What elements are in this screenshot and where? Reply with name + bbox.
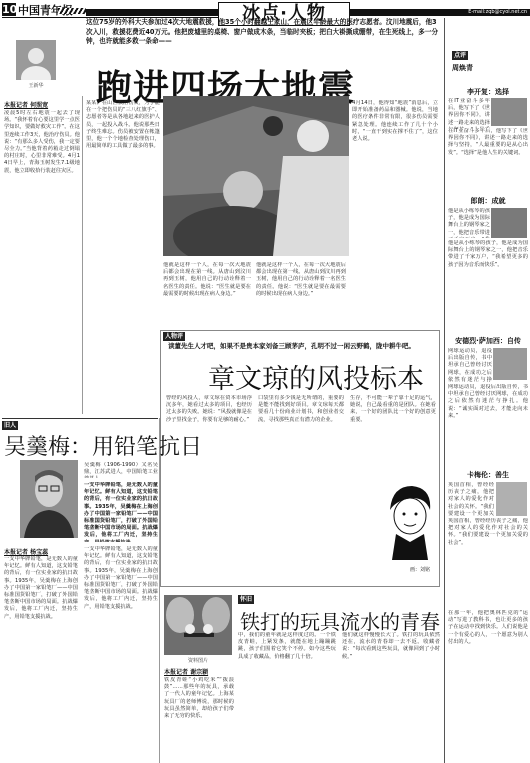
wu-body-intro: 一支中华牌铅笔，是无数人的童年记忆。鲜有人知道，这支铅笔的背后，有一位实业家的抗… xyxy=(84,482,158,542)
caricature-icon xyxy=(382,480,438,560)
column-divider xyxy=(159,418,160,763)
person-icon xyxy=(16,40,56,80)
toy-body-col2: 中，我们的童年就是这样度过的。一个铁皮青蛙，上紧发条，就能在地上蹦蹦跳跳，孩子们… xyxy=(238,632,336,762)
toy-body-col1: 铁皮青蛙“小鸡吃米”“拨浪鼓”……那些年的玩具，承载了一代人的童年记忆。上海某玩… xyxy=(164,677,234,761)
sidebar-item-heading-2: 郎朗：成就 xyxy=(448,196,528,206)
toy-body-col3: 他们就这样慢慢长大了。铁打的玩具依然还在，流水的青春却一去不返。收藏者说：“每次… xyxy=(342,632,440,762)
wu-story-tag: 旧人 xyxy=(2,421,18,430)
commentary-body-col3: 生存，不可能一辈子靠十足的运气，她说，自己最看重的是团队。在她看来，一个好的团队… xyxy=(350,395,436,475)
sidebar-photo-2 xyxy=(491,208,527,238)
toy-photo-caption: 资料图片 xyxy=(164,657,232,664)
sidebar-author: 周焕青 xyxy=(452,63,473,73)
rescue-scene-icon xyxy=(163,96,349,256)
header-bar-left: 2010年5月19日 星期三 Bingdian Weekly xyxy=(86,9,218,16)
wu-portrait-photo xyxy=(20,460,78,538)
wu-story-headline: 吴羹梅：用铅笔抗日 xyxy=(4,430,202,461)
sidebar-divider xyxy=(444,18,445,763)
commentary-tag: 人物评 xyxy=(163,332,185,341)
portrait-caption: 王新华 xyxy=(16,82,56,89)
main-byline: 本报记者 何照宽 xyxy=(4,100,48,109)
sidebar-item-text-2b: 他是从小练琴的孩子，他是成为国际舞台上的钢琴家之一，他把音乐带进了千家万户，“我… xyxy=(448,240,528,320)
sidebar-item-text-4b: 英国首相，曾经经历丧子之痛，他把对家人的爱化作对社会的关怀。“我们要建设一个更加… xyxy=(448,518,528,606)
sidebar-item-heading-3: 安德烈·萨加西：自传 xyxy=(448,336,528,346)
wu-body-col1: 一支中华牌铅笔，是无数人的童年记忆。鲜有人知道，这支铅笔的背后，有一位实业家的抗… xyxy=(4,556,78,761)
main-story-lead: 这位75岁的外科大夫参加过4次大地震救援，他35个小时翻越王家山，在震区年龄最大… xyxy=(86,18,442,48)
header-bar-right: 本版编辑/沈杰群 (010)64098853 E-mail:zqb@cyol.n… xyxy=(350,9,530,16)
sidebar-photo-1 xyxy=(491,98,527,126)
wu-byline: 本报记者 杨宝蕊 xyxy=(4,547,48,556)
page-number: 10 xyxy=(2,3,16,16)
illustration-signature: 画：刘铭 xyxy=(410,566,430,573)
sidebar-tag: 点评 xyxy=(452,51,468,60)
main-body-col1: 凌晨5时左右地震一起去了现场。“我怀着有心要这里学一点医学知识，要做好救灾工作”… xyxy=(4,110,80,410)
person-portrait-icon xyxy=(20,460,78,538)
sidebar-item-text-4a: 英国首相，曾经经历丧子之痛，他把对家人的爱化作对社会的关怀。“我们要建设一个更加… xyxy=(448,482,494,516)
commentary-body-col2: 口袋里有多少钱是无所谓的，重要的是能不能找到好项目。章文琼每天都要看几十份商业计… xyxy=(258,395,344,581)
commentary-body-col1: 曾经的风投人，章文琼在资本市场浮沉多年，她看过太多的项目，也经历过太多的失败。她… xyxy=(166,395,252,581)
sidebar-bottom-text: 在那一年，他把奥林匹克的“运动”写进了教科书，也让更多的孩子在运动中找到快乐。人… xyxy=(448,610,528,760)
sidebar-item-text-2a: 他是从小练琴的孩子，他是成为国际舞台上的钢琴家之一，他把音乐带进了千家万户，“我… xyxy=(448,208,490,238)
wu-bio: 吴羹梅（1906-1990）又名吴鼎，江苏武进人，中国铅笔工业奠基人。 xyxy=(84,462,158,478)
sidebar-item-text-3b: 网球运动员，退役后出版自传，书中坦承自己曾经讨厌网球，在成功之后依然有迷茫与挣扎… xyxy=(448,384,528,456)
sidebar-photo-4 xyxy=(496,482,527,516)
decorative-slashes xyxy=(58,8,86,14)
toy-scene-icon xyxy=(164,595,232,655)
section-rule xyxy=(2,418,158,419)
column-divider xyxy=(82,96,83,414)
toy-byline: 本报记者 谢宗颖 xyxy=(164,667,208,676)
sidebar-item-text-1b: 在IT业奋斗多年后，他写下了《世界因你不同》，讲述一路走来的选择与坚持，“人最重… xyxy=(448,128,528,184)
sidebar-item-text-3a: 网球运动员，退役后出版自传，书中坦承自己曾经讨厌网球，在成功之后依然有迷茫与挣扎… xyxy=(448,348,492,382)
portrait-illustration xyxy=(382,480,438,560)
main-body-col4: 4月14日，他得知“地震”消息后，立即开始准备药品和器械。他说，当地的医疗条件非… xyxy=(352,100,438,330)
sidebar-item-heading-1: 李开复：选择 xyxy=(448,87,528,97)
sidebar-item-text-1a: 在IT业奋斗多年后，他写下了《世界因你不同》，讲述一路走来的选择与坚持，“人最重… xyxy=(448,98,490,128)
earthquake-rescue-photo xyxy=(163,96,349,256)
toy-story-headline: 铁打的玩具流水的青春 xyxy=(240,606,440,635)
contact-email: E-mail:zqb@cyol.net.cn xyxy=(464,9,530,16)
toy-story-tag: 怀旧 xyxy=(238,595,254,604)
sidebar-photo-3 xyxy=(493,348,527,380)
toy-photo xyxy=(164,595,232,655)
portrait-photo xyxy=(16,40,56,80)
wu-body-col2: 一支中华牌铅笔，是无数人的童年记忆。鲜有人知道，这支铅笔的背后，有一位实业家的抗… xyxy=(84,546,158,761)
main-body-col2: 某某、在山区救治伤员，为了能在一个把伤员的“三八红旗手”、志愿者等是从各地赶来的… xyxy=(86,100,160,410)
sidebar-item-heading-4: 卡梅伦：善生 xyxy=(448,470,528,480)
commentary-headline: 章文琼的风投标本 xyxy=(208,357,424,396)
